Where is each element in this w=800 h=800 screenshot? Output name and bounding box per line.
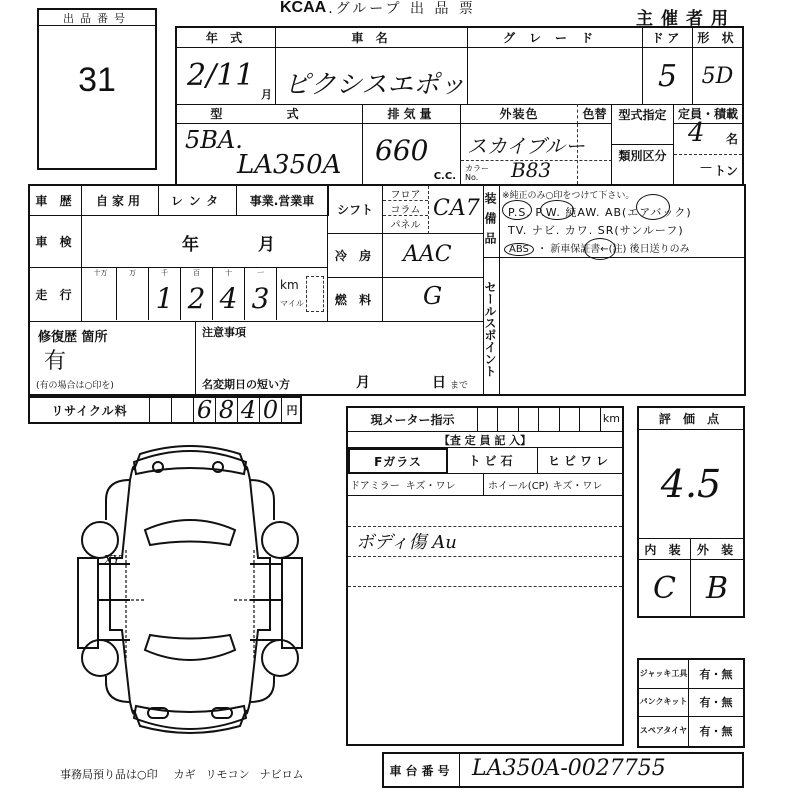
- name-change-month: 月: [356, 372, 370, 392]
- caution-label: 注意事項: [202, 324, 246, 340]
- name-change-until: まで: [450, 378, 468, 391]
- meter-label: 現メーター指示: [348, 408, 478, 432]
- mirror-label: ドアミラー: [350, 477, 400, 492]
- repair-value: 有: [44, 344, 66, 375]
- stone-chip-option[interactable]: トビ石: [448, 448, 538, 474]
- mileage-digit-label: 千: [149, 268, 180, 278]
- recycle-digit: 8: [216, 398, 238, 422]
- ac-label: 冷 房: [328, 234, 383, 278]
- shift-options: フロア コラム パネル: [383, 186, 429, 234]
- history-label: 車 歴: [30, 186, 82, 216]
- inspector-section-title: 【査 定 員 記 入】: [348, 432, 622, 448]
- doors-value: 5: [643, 48, 693, 104]
- mileage-digit-cell: 十4: [213, 268, 245, 320]
- repair-label: 修復歴 箇所: [38, 326, 108, 345]
- diagram-footer: 事務局預り品は○印 カギ リモコン ナビロム: [60, 766, 304, 782]
- name-change-label: 名変期日の短い方: [202, 376, 290, 392]
- equipment-label: 装備品: [484, 186, 500, 258]
- score-value: 4.5: [639, 430, 743, 538]
- mileage-digit-label: 十万: [85, 268, 116, 278]
- circle-ab: [636, 194, 670, 220]
- shift-value: CA7: [429, 186, 484, 234]
- lot-number-box: 出品番号 31: [37, 8, 157, 170]
- accessory-value[interactable]: 有・無: [689, 660, 743, 688]
- meter-unit: km: [601, 408, 622, 431]
- displacement-value-cell: 660 C.C.: [363, 124, 461, 184]
- recycle-digit: 6: [194, 398, 216, 422]
- mileage-digit-value: 3: [245, 282, 276, 315]
- crack-option[interactable]: ヒビワレ: [538, 448, 622, 474]
- mileage-digit-cell: 千1: [149, 268, 181, 320]
- model-value-line2: LA350A: [237, 150, 341, 180]
- inspection-label: 車 検: [30, 216, 82, 268]
- interior-value: C: [639, 560, 691, 616]
- model-value-line1: 5BA.: [185, 126, 243, 154]
- repair-note: (有の場合は○印を): [36, 378, 114, 391]
- grade-value: [468, 48, 643, 104]
- car-damage-diagram[interactable]: XY: [70, 440, 310, 760]
- accessory-value[interactable]: 有・無: [689, 689, 743, 717]
- shift-label: シフト: [328, 186, 383, 234]
- car-name-label: 車 名: [276, 28, 468, 48]
- capacity-cell: 4 名 — トン: [674, 124, 742, 184]
- mileage-unit-mile[interactable]: マイル: [280, 298, 304, 309]
- item-nav-rom[interactable]: ナビロム: [260, 766, 304, 782]
- mileage-digit-cell: 十万: [85, 268, 117, 320]
- mirror-cell: ドアミラー キズ・ワレ: [348, 474, 484, 496]
- mileage-digit-value: 2: [181, 282, 212, 315]
- score-block: 評 価 点 4.5 内 装 外 装 C B: [637, 406, 745, 618]
- circle-pw: [540, 200, 574, 220]
- year-month-unit: 月: [261, 86, 272, 102]
- shift-option-column[interactable]: コラム: [383, 201, 428, 216]
- recycle-fee-row: リサイクル料 6840円: [28, 396, 302, 424]
- capacity-label: 定員・積載: [674, 104, 742, 124]
- mileage-digit-cell: 百2: [181, 268, 213, 320]
- name-change-day: 日: [432, 372, 446, 392]
- chassis-value: LA350A-0027755: [472, 756, 666, 781]
- lot-number-value: 31: [39, 50, 155, 110]
- inspection-month-unit: 月: [258, 230, 275, 255]
- car-name-value: ピクシスエポック: [276, 48, 468, 104]
- wheel-label: ホイール(CP): [488, 477, 549, 492]
- equipment-abs[interactable]: ABS: [504, 243, 534, 256]
- wheel-cell: ホイール(CP) キズ・ワレ: [484, 474, 622, 496]
- mileage-cell: 十万万千1百2十4一3kmマイル: [82, 268, 328, 322]
- model-value-cell: 5BA. LA350A: [177, 124, 363, 184]
- capacity-persons: 4: [688, 118, 705, 148]
- recycle-digit: 4: [238, 398, 260, 422]
- inspection-year-unit: 年: [182, 230, 199, 255]
- item-remote[interactable]: リモコン: [206, 766, 250, 782]
- title-text: .グループ 出 品 票: [328, 0, 476, 18]
- circle-ps: [502, 200, 532, 220]
- mileage-digit-label: 一: [245, 268, 276, 278]
- sales-point-label: セールスポイント: [484, 258, 500, 394]
- history-block: 車 歴 自家用 レンタ 事業.営業車 車 検 年 月 走 行 十万万千1百2十4…: [28, 184, 746, 396]
- recycle-unit: 円: [284, 398, 300, 422]
- accessory-label: ジャッキ工具: [639, 660, 689, 688]
- repair-cell: 修復歴 箇所 有 (有の場合は○印を): [30, 322, 196, 394]
- chassis-number-box: 車台番号 LA350A-0027755: [382, 752, 744, 788]
- fuel-label: 燃 料: [328, 278, 383, 322]
- chassis-label: 車台番号: [384, 754, 460, 786]
- score-label: 評 価 点: [639, 408, 743, 430]
- capacity-tons-unit: トン: [714, 162, 738, 179]
- displacement-value: 660: [375, 134, 428, 167]
- mileage-unit-km[interactable]: km: [280, 278, 299, 292]
- accessory-row: ジャッキ工具有・無: [639, 660, 743, 689]
- mileage-digit-label: 十: [213, 268, 244, 278]
- equipment-line2[interactable]: TV. ナビ. カワ. SR(サンルーフ): [508, 222, 684, 238]
- recycle-fee-label: リサイクル料: [30, 398, 150, 422]
- shift-option-floor[interactable]: フロア: [383, 186, 428, 201]
- color-no-value: B83: [511, 158, 551, 182]
- mileage-digit-cell: 万: [117, 268, 149, 320]
- lot-number-label: 出品番号: [39, 10, 155, 26]
- accessories-block: ジャッキ工具有・無パンクキット有・無スペアタイヤ有・無: [637, 658, 745, 748]
- front-glass-label: Fガラス: [348, 448, 448, 474]
- mileage-label: 走 行: [30, 268, 82, 322]
- wheel-options[interactable]: キズ・ワレ: [553, 477, 603, 492]
- shape-label: 形 状: [693, 28, 742, 48]
- color-change-cell: [578, 124, 612, 184]
- ac-value: AAC: [383, 234, 484, 278]
- caution-cell: 注意事項 名変期日の短い方 月 日 まで: [196, 322, 484, 394]
- mirror-options[interactable]: キズ・ワレ: [406, 477, 456, 492]
- exterior-value: B: [691, 560, 743, 616]
- inspection-value-cell: 年 月: [82, 216, 328, 268]
- type-designation-label: 型式指定: [612, 104, 674, 124]
- exterior-label: 外 装: [691, 538, 743, 560]
- capacity-persons-unit: 名: [726, 130, 738, 147]
- color-change-label: 色替: [578, 104, 612, 124]
- inspector-block: 現メーター指示 km 【査 定 員 記 入】 Fガラス トビ石 ヒビワレ ドアミ…: [346, 406, 624, 746]
- accessory-row: スペアタイヤ有・無: [639, 717, 743, 746]
- shift-option-panel[interactable]: パネル: [383, 216, 428, 231]
- doors-label: ドア: [643, 28, 693, 48]
- year-label: 年 式: [177, 28, 276, 48]
- history-option-rental[interactable]: レンタ: [159, 186, 237, 216]
- mileage-digit-cell: 一3: [245, 268, 277, 320]
- history-option-business[interactable]: 事業.営業車: [237, 186, 328, 216]
- model-label: 型 式: [177, 104, 363, 124]
- displacement-unit: C.C.: [434, 171, 456, 182]
- mileage-digit-value: 1: [149, 282, 180, 315]
- recycle-digit: [172, 398, 194, 422]
- grade-label: グレード: [468, 28, 643, 48]
- mileage-digit-value: 4: [213, 282, 244, 315]
- color-value-cell: スカイブルー カラーNo. B83: [461, 124, 578, 184]
- color-label: 外装色: [461, 104, 578, 124]
- capacity-tons: —: [700, 160, 712, 174]
- fuel-value: G: [383, 278, 484, 322]
- inspector-notes: ボディ傷 Au: [356, 528, 457, 554]
- color-no-label: カラーNo.: [465, 164, 489, 182]
- shape-value: 5D: [693, 48, 742, 104]
- damage-mark: XY: [103, 553, 122, 567]
- meter-digits: km: [478, 408, 622, 432]
- mileage-unit-box: [306, 276, 324, 312]
- color-value: スカイブルー: [467, 130, 585, 159]
- mileage-digit-label: 百: [181, 268, 212, 278]
- recycle-digit: [150, 398, 172, 422]
- mileage-digit-label: 万: [117, 268, 148, 278]
- office-items-label: 事務局預り品は○印: [60, 766, 158, 782]
- displacement-label: 排気量: [363, 104, 461, 124]
- type-designation-cell: 類別区分: [612, 124, 674, 184]
- recycle-digit: 0: [260, 398, 282, 422]
- interior-label: 内 装: [639, 538, 691, 560]
- history-option-private[interactable]: 自家用: [82, 186, 159, 216]
- item-key[interactable]: カギ: [174, 766, 196, 782]
- category-label: 類別区分: [612, 144, 673, 166]
- vehicle-info-block: 年 式 車 名 グレード ドア 形 状 2/11 月 ピクシスエポック 5 5D…: [175, 26, 744, 186]
- equipment-options: ※純正のみ○印をつけて下さい。 P.S. P.W. 純AW. AB(エアバック)…: [500, 186, 744, 258]
- equipment-note: ※純正のみ○印をつけて下さい。: [502, 188, 634, 201]
- accessory-label: パンクキット: [639, 689, 689, 717]
- sales-point-value: [500, 258, 744, 394]
- accessory-value[interactable]: 有・無: [689, 717, 743, 746]
- circle-warranty: [584, 238, 616, 260]
- sheet-title: KCAA .グループ 出 品 票: [280, 0, 476, 18]
- brand-logo: KCAA: [280, 0, 326, 17]
- accessory-row: パンクキット有・無: [639, 689, 743, 718]
- accessory-label: スペアタイヤ: [639, 717, 689, 746]
